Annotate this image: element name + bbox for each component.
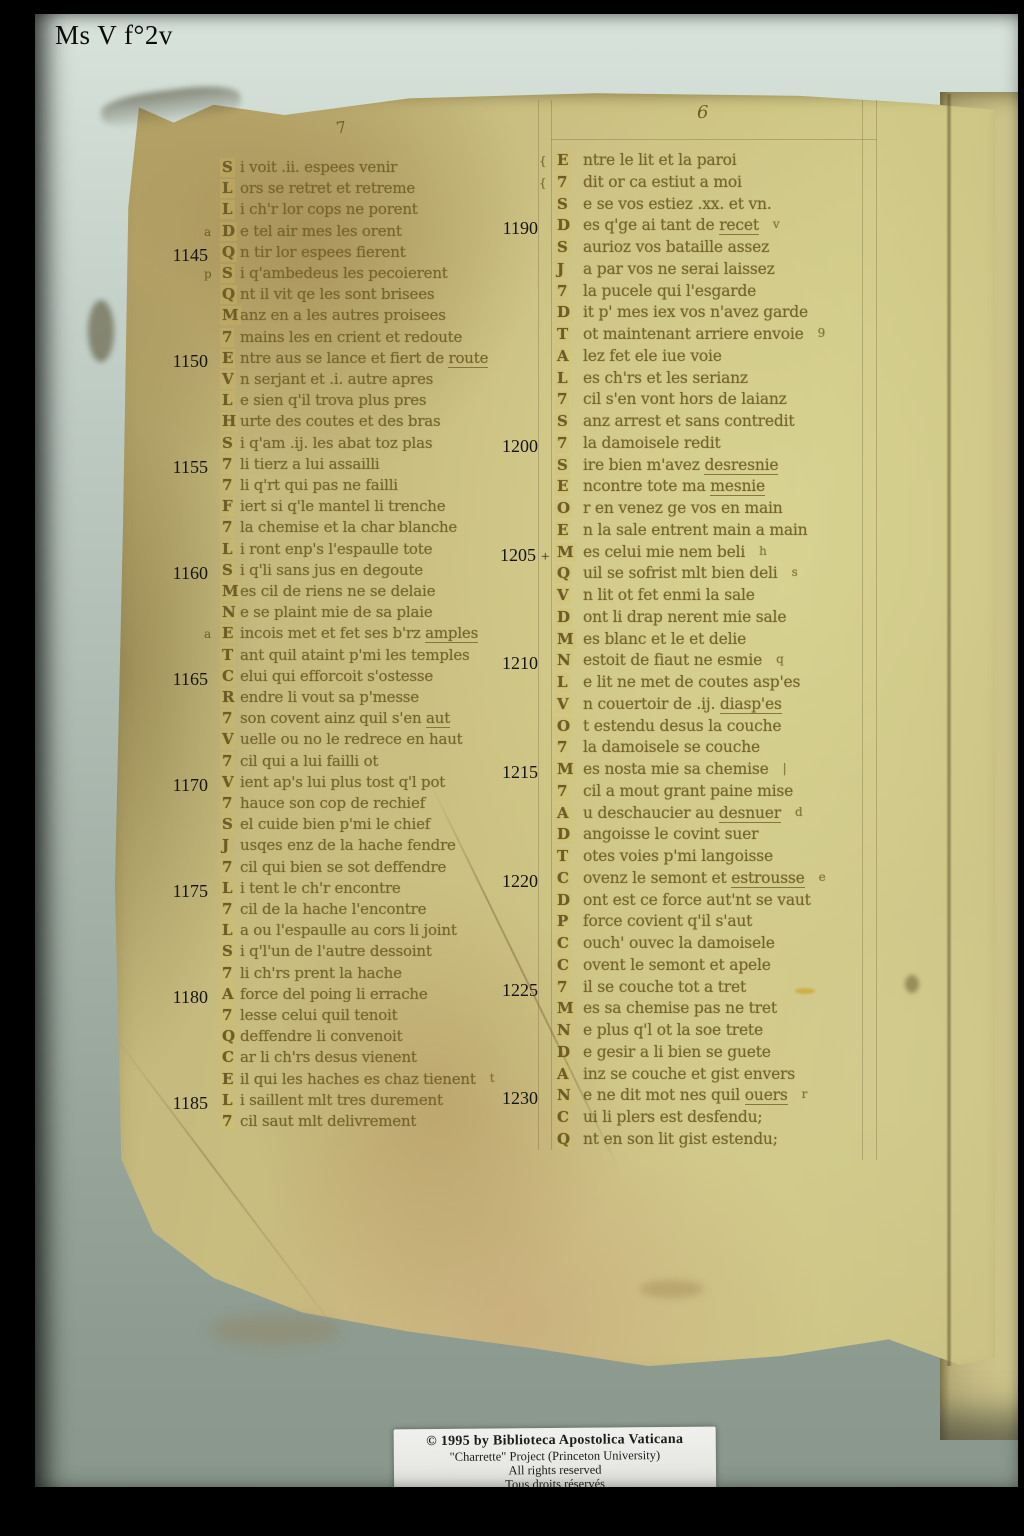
ruling-line: [551, 139, 877, 140]
slide-label: Ms V f°2v: [55, 20, 173, 51]
copyright-line4: Tous droits réservés: [394, 1476, 716, 1487]
manuscript-photo: Ms V f°2v 7 6 © 1995 by Biblioteca Apost…: [35, 14, 1018, 1487]
ruling-line: [551, 100, 552, 1150]
stain: [905, 975, 919, 993]
stain: [795, 988, 815, 994]
stain: [640, 1280, 704, 1298]
ruling-line: [862, 100, 863, 1160]
folio-mark-right: 6: [697, 102, 708, 123]
page-crease: [946, 94, 952, 1366]
copyright-line1: © 1995 by Biblioteca Apostolica Vaticana: [394, 1432, 716, 1451]
stain: [210, 1314, 340, 1346]
stain: [88, 300, 114, 362]
ruling-line: [876, 100, 877, 1160]
copyright-label: © 1995 by Biblioteca Apostolica Vaticana…: [394, 1427, 717, 1487]
ruling-line: [538, 100, 539, 1150]
